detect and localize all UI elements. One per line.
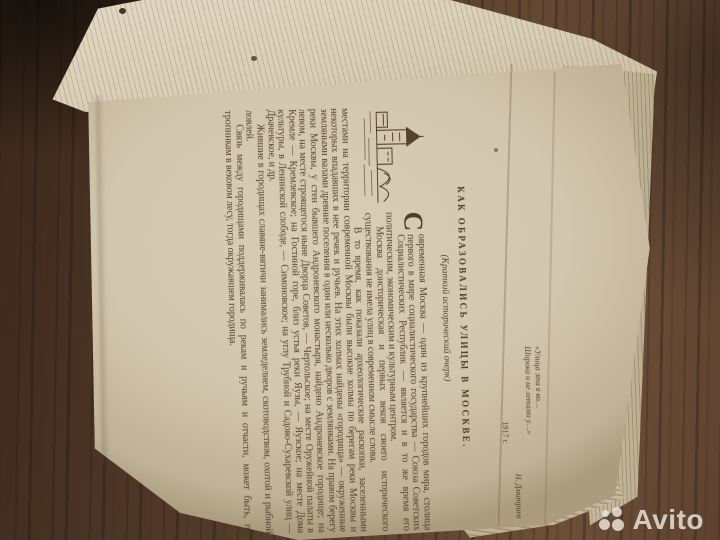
chapter-title: КАК ОБРАЗОВАЛИСЬ УЛИЦЫ В МОСКВЕ. (454, 106, 473, 530)
drop-cap: С (400, 211, 425, 231)
chapter-epigraph: «Улица эта в во… Широка и не летами у…» … (499, 346, 546, 519)
paragraph: В то время, как показали археологические… (264, 108, 368, 534)
avito-watermark: Avito (599, 504, 704, 536)
book-photo-scene: «Улица эта в во… Широка и не летами у…» … (0, 0, 720, 540)
chapter-head-illustration (359, 106, 425, 207)
chapter-body: С овременная Москва — один из крупнейших… (222, 106, 432, 534)
epigraph-author: Н. Дмитриев (511, 346, 524, 518)
rotated-page-text: «Улица эта в во… Широка и не летами у…» … (105, 104, 546, 537)
paper-speck (119, 8, 126, 14)
avito-logo-icon (599, 507, 626, 534)
chapter-subtitle: (Краткий исторический очерк) (436, 106, 455, 530)
kremlin-tower-sketch-icon (359, 106, 425, 207)
avito-watermark-label: Avito (633, 504, 704, 536)
paper-speck (251, 56, 257, 61)
